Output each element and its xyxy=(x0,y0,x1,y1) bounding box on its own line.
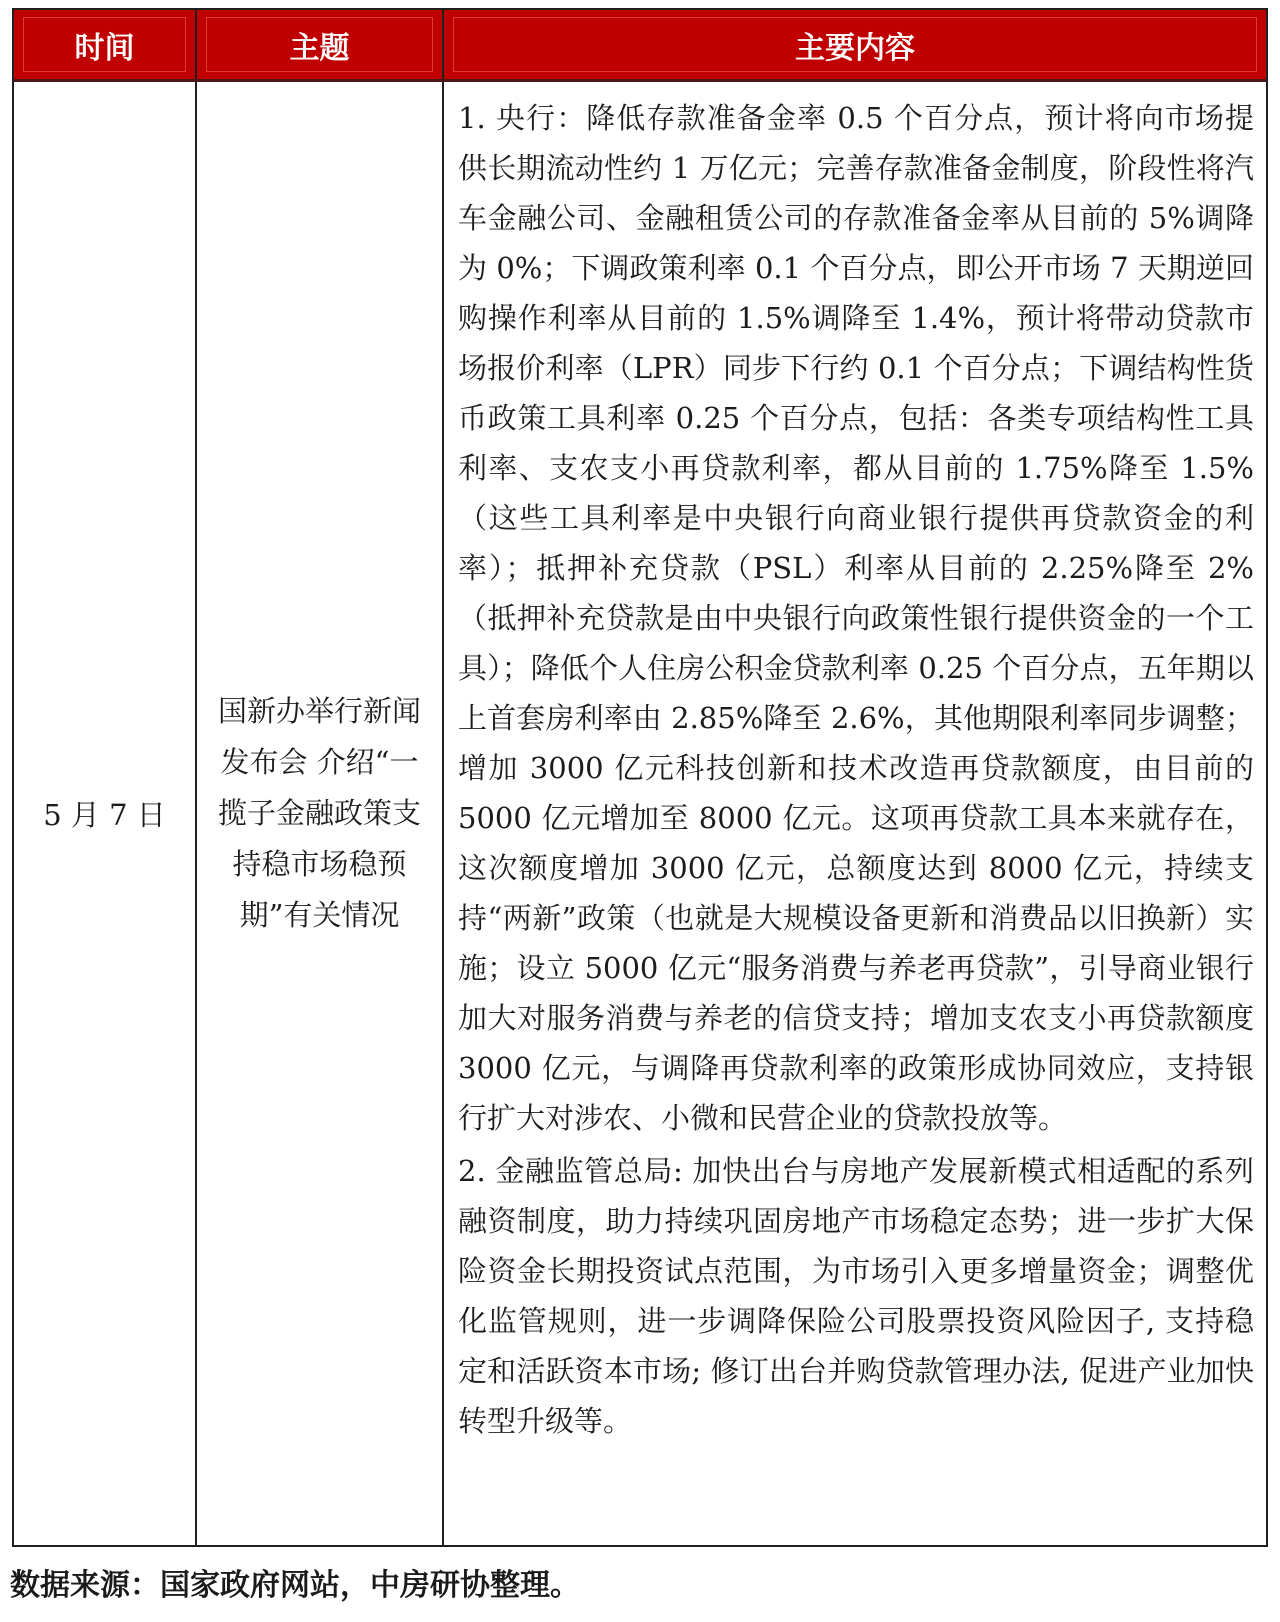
cell-topic: 国新办举行新闻发布会 介绍“一揽子金融政策支持稳市场稳预期”有关情况 xyxy=(197,82,444,1545)
column-header-content: 主要内容 xyxy=(444,10,1266,79)
table-row: 5 月 7 日 国新办举行新闻发布会 介绍“一揽子金融政策支持稳市场稳预期”有关… xyxy=(14,82,1266,1545)
table-header-row: 时间 主题 主要内容 xyxy=(14,10,1266,82)
column-header-time: 时间 xyxy=(14,10,197,79)
data-source-note: 数据来源：国家政府网站，中房研协整理。 xyxy=(10,1560,580,1604)
policy-table: 时间 主题 主要内容 5 月 7 日 国新办举行新闻发布会 介绍“一揽子金融政策… xyxy=(12,8,1268,1547)
cell-time: 5 月 7 日 xyxy=(14,82,197,1545)
cell-content: 1. 央行：降低存款准备金率 0.5 个百分点，预计将向市场提供长期流动性约 1… xyxy=(444,82,1266,1545)
content-paragraph-2: 2. 金融监管总局: 加快出台与房地产发展新模式相适配的系列融资制度，助力持续巩… xyxy=(458,1146,1254,1446)
column-header-topic: 主题 xyxy=(197,10,444,79)
content-paragraph-1: 1. 央行：降低存款准备金率 0.5 个百分点，预计将向市场提供长期流动性约 1… xyxy=(458,93,1254,1143)
